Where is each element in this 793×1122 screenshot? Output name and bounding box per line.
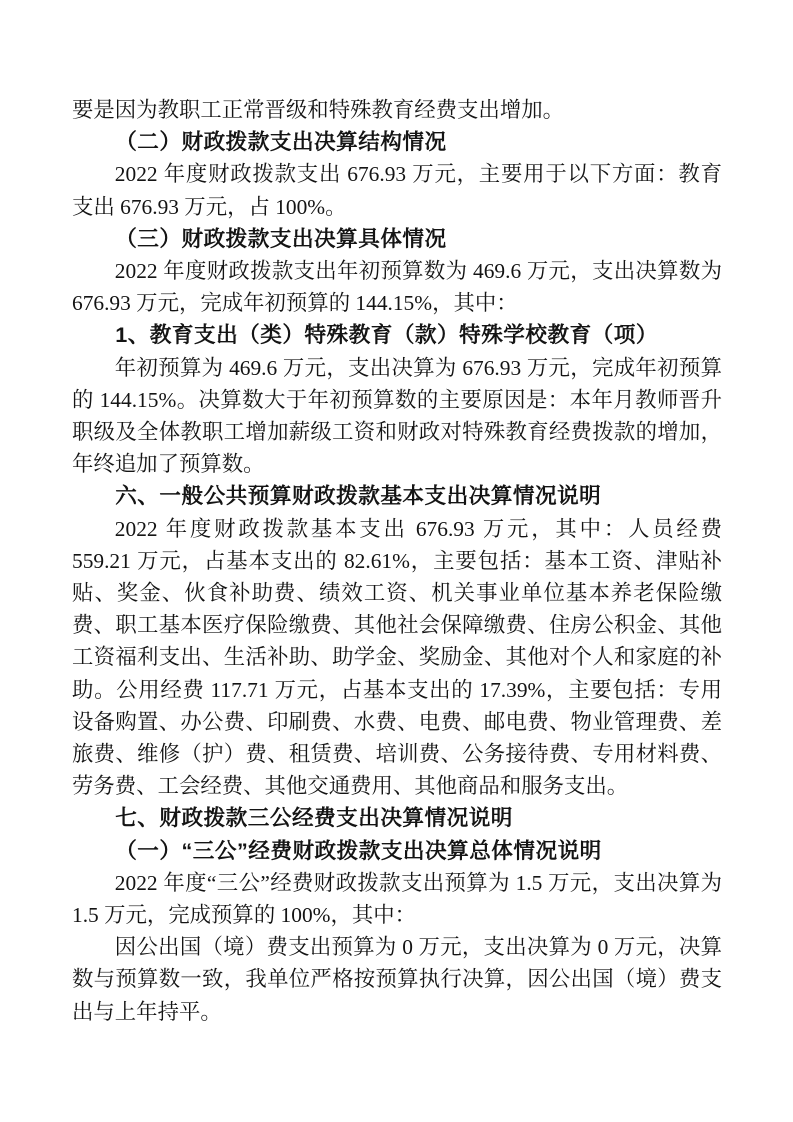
paragraph-basic-expenditure-breakdown: 2022 年度财政拨款基本支出 676.93 万元，其中：人员经费 559.21… [72,513,722,803]
subsection-heading-1-overall-situation: （一）“三公”经费财政拨款支出决算总体情况说明 [72,835,722,867]
section-heading-2-structure: （二）财政拨款支出决算结构情况 [72,126,722,158]
subsection-heading-education-expenditure: 1、教育支出（类）特殊教育（款）特殊学校教育（项） [72,319,722,351]
section-heading-6-basic-expenditure: 六、一般公共预算财政拨款基本支出决算情况说明 [72,480,722,512]
section-heading-7-three-public-funds: 七、财政拨款三公经费支出决算情况说明 [72,802,722,834]
document-page: 要是因为教职工正常晋级和特殊教育经费支出增加。 （二）财政拨款支出决算结构情况 … [0,0,793,1122]
paragraph-expenditure-details: 2022 年度财政拨款支出年初预算数为 469.6 万元，支出决算数为 676.… [72,255,722,319]
paragraph-continued-from-previous-page: 要是因为教职工正常晋级和特殊教育经费支出增加。 [72,94,722,126]
document-body: 要是因为教职工正常晋级和特殊教育经费支出增加。 （二）财政拨款支出决算结构情况 … [72,94,722,1028]
paragraph-three-public-funds-summary: 2022 年度“三公”经费财政拨款支出预算为 1.5 万元，支出决算为 1.5 … [72,867,722,931]
paragraph-education-budget-explanation: 年初预算为 469.6 万元，支出决算为 676.93 万元，完成年初预算的 1… [72,352,722,481]
section-heading-3-details: （三）财政拨款支出决算具体情况 [72,223,722,255]
paragraph-expenditure-structure: 2022 年度财政拨款支出 676.93 万元，主要用于以下方面：教育支出 67… [72,158,722,222]
paragraph-overseas-travel-expense: 因公出国（境）费支出预算为 0 万元，支出决算为 0 万元，决算数与预算数一致，… [72,931,722,1028]
